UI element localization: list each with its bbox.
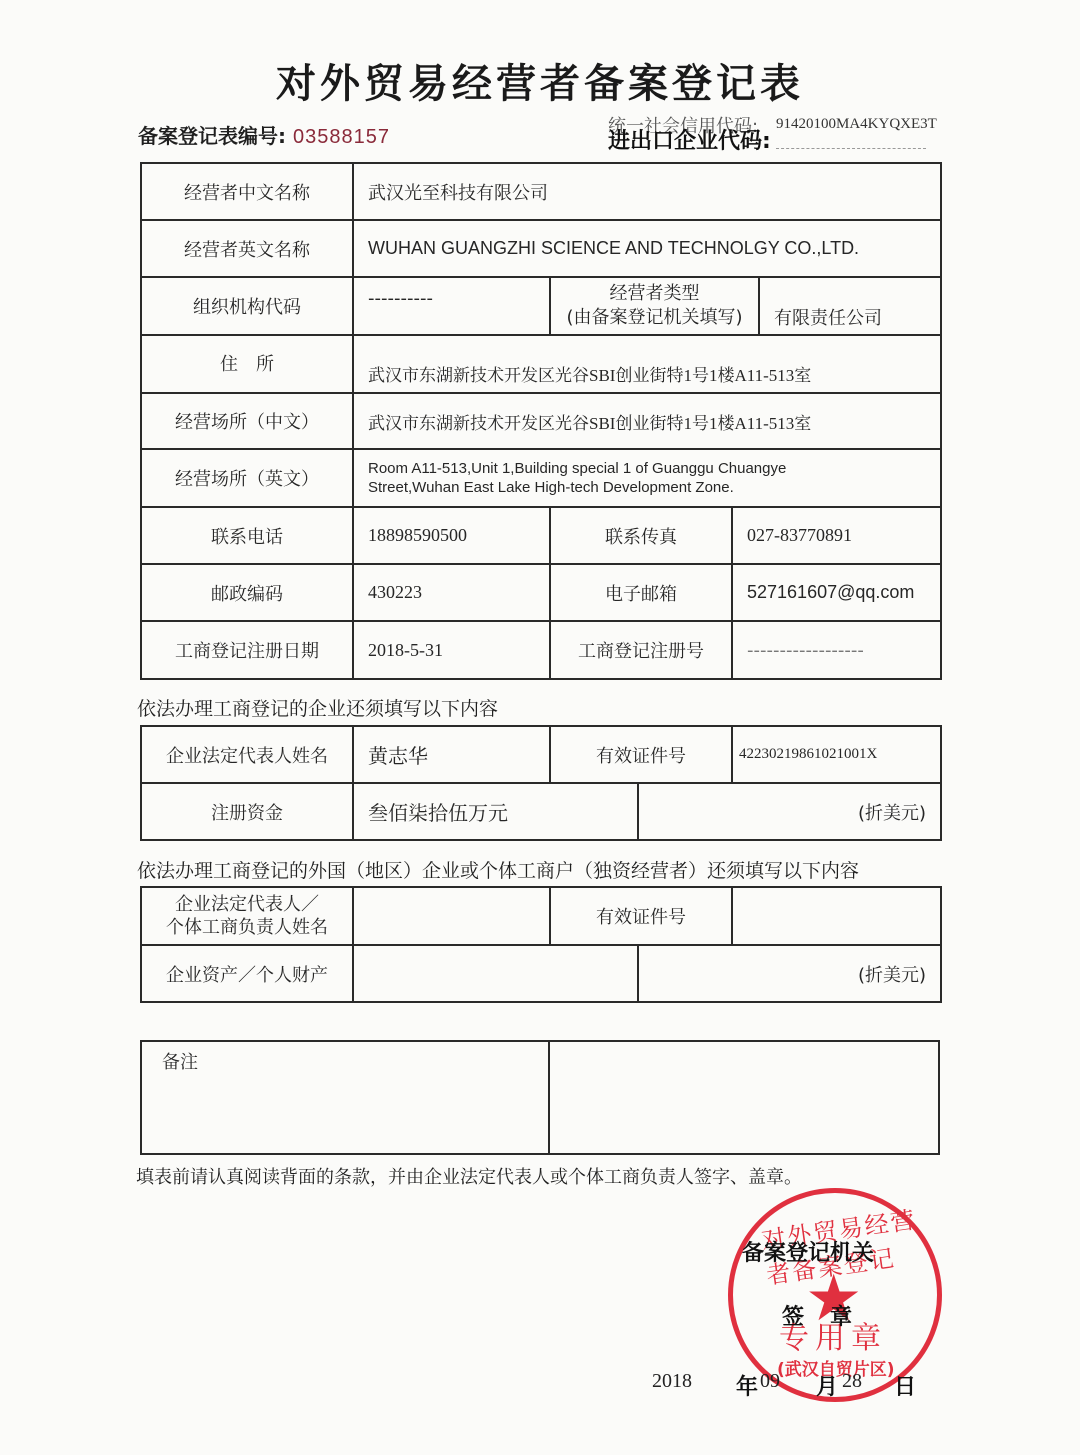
- registration-form-number-value: 03588157: [293, 126, 390, 148]
- capital-label: 注册资金: [141, 783, 353, 840]
- operator-type-label-line1: 经营者类型: [565, 282, 744, 306]
- foreign-legal-rep-value: [353, 887, 550, 945]
- reg-date-value: 2018-5-31: [353, 621, 550, 679]
- en-name-value: WUHAN GUANGZHI SCIENCE AND TECHNOLGY CO.…: [353, 220, 941, 277]
- section1-heading: 依法办理工商登记的企业还须填写以下内容: [137, 694, 498, 721]
- operator-type-label-line2: (由备案登记机关填写): [565, 306, 744, 330]
- footer-note: 填表前请认真阅读背面的条款，并由企业法定代表人或个体工商负责人签字、盖章。: [136, 1163, 802, 1189]
- premises-cn-value: 武汉市东湖新技术开发区光谷SBI创业街特1号1楼A11-513室: [353, 393, 941, 449]
- credit-code-label: 进出口企业代码:: [608, 124, 771, 155]
- section2-heading: 依法办理工商登记的外国（地区）企业或个体工商户（独资经营者）还须填写以下内容: [137, 856, 859, 883]
- phone-label: 联系电话: [141, 507, 353, 564]
- id-no-label: 有效证件号: [550, 726, 732, 783]
- date-month-unit: 月: [816, 1370, 838, 1401]
- legal-rep-value: 黄志华: [353, 726, 550, 783]
- sign-label: 签章: [782, 1300, 878, 1331]
- operator-type-value: 有限责任公司: [759, 277, 941, 335]
- org-code-label: 组织机构代码: [141, 277, 353, 335]
- fax-value: 027-83770891: [732, 507, 941, 564]
- email-value: 527161607@qq.com: [732, 564, 941, 621]
- cn-name-value: 武汉光至科技有限公司: [353, 163, 941, 220]
- foreign-legal-rep-label-line2: 个体工商负责人姓名: [156, 916, 338, 939]
- fax-label: 联系传真: [550, 507, 732, 564]
- section1-table: 企业法定代表人姓名 黄志华 有效证件号 42230219861021001X 注…: [140, 725, 942, 841]
- foreign-id-no-label: 有效证件号: [550, 887, 732, 945]
- authority-label: 备案登记机关: [742, 1236, 874, 1267]
- remarks-value: [549, 1041, 939, 1154]
- org-code-value: ----------: [353, 277, 550, 335]
- registration-form-number: 备案登记表编号: 03588157: [138, 120, 390, 149]
- capital-value: 叁佰柒拾伍万元: [353, 783, 638, 840]
- cn-name-label: 经营者中文名称: [141, 163, 353, 220]
- remarks-label: 备注: [141, 1041, 549, 1154]
- foreign-legal-rep-label: 企业法定代表人／ 个体工商负责人姓名: [141, 887, 353, 945]
- operator-type-label: 经营者类型 (由备案登记机关填写): [550, 277, 759, 335]
- reg-no-label: 工商登记注册号: [550, 621, 732, 679]
- premises-cn-label: 经营场所（中文）: [141, 393, 353, 449]
- date-day: 28: [842, 1370, 862, 1393]
- foreign-id-no-value: [732, 887, 941, 945]
- address-label: 住 所: [141, 335, 353, 393]
- date-day-unit: 日: [894, 1370, 916, 1401]
- premises-en-line1: Room A11-513,Unit 1,Building special 1 o…: [368, 459, 926, 478]
- reg-no-value: ------------------: [732, 621, 941, 679]
- assets-usd: (折美元): [638, 945, 941, 1002]
- date-year: 2018: [652, 1370, 692, 1393]
- address-value: 武汉市东湖新技术开发区光谷SBI创业街特1号1楼A11-513室: [353, 335, 941, 393]
- postcode-value: 430223: [353, 564, 550, 621]
- registration-form-number-label: 备案登记表编号:: [138, 124, 286, 148]
- credit-code-value: 91420100MA4KYQXE3T: [776, 116, 937, 133]
- id-no-value: 42230219861021001X: [732, 726, 941, 783]
- legal-rep-label: 企业法定代表人姓名: [141, 726, 353, 783]
- postcode-label: 邮政编码: [141, 564, 353, 621]
- date-year-unit: 年: [736, 1370, 758, 1401]
- assets-value: [353, 945, 638, 1002]
- form-title: 对外贸易经营者备案登记表: [0, 52, 1080, 109]
- en-name-label: 经营者英文名称: [141, 220, 353, 277]
- capital-usd: (折美元): [638, 783, 941, 840]
- premises-en-label: 经营场所（英文）: [141, 449, 353, 507]
- credit-code-underline: [776, 148, 926, 149]
- section2-table: 企业法定代表人／ 个体工商负责人姓名 有效证件号 企业资产／个人财产 (折美元): [140, 886, 942, 1003]
- email-label: 电子邮箱: [550, 564, 732, 621]
- premises-en-line2: Street,Wuhan East Lake High-tech Develop…: [368, 478, 926, 497]
- phone-value: 18898590500: [353, 507, 550, 564]
- premises-en-value: Room A11-513,Unit 1,Building special 1 o…: [353, 449, 941, 507]
- assets-label: 企业资产／个人财产: [141, 945, 353, 1002]
- main-info-table: 经营者中文名称 武汉光至科技有限公司 经营者英文名称 WUHAN GUANGZH…: [140, 162, 942, 680]
- date-month: 09: [760, 1370, 780, 1393]
- foreign-legal-rep-label-line1: 企业法定代表人／: [156, 893, 338, 916]
- reg-date-label: 工商登记注册日期: [141, 621, 353, 679]
- remarks-table: 备注: [140, 1040, 940, 1155]
